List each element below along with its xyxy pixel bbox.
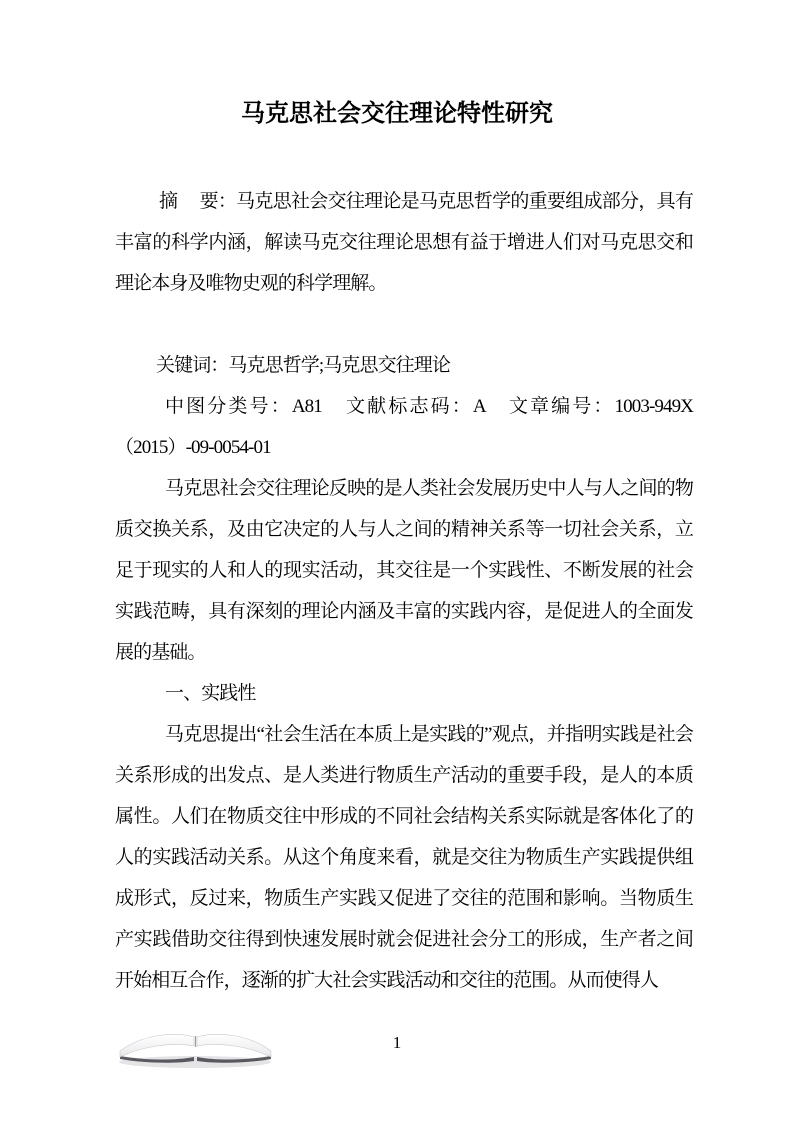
- keywords-line: 关键词：马克思哲学;马克思交往理论: [115, 345, 693, 386]
- abstract-paragraph: 摘 要：马克思社会交往理论是马克思哲学的重要组成部分，具有丰富的科学内涵，解读马…: [115, 181, 693, 304]
- section-heading: 一、实践性: [115, 673, 693, 714]
- classification-line: 中图分类号：A81 文献标志码：A 文章编号：1003-949X（2015）-0…: [115, 386, 693, 468]
- document-body: 摘 要：马克思社会交往理论是马克思哲学的重要组成部分，具有丰富的科学内涵，解读马…: [115, 181, 693, 1001]
- body-paragraph-1: 马克思社会交往理论反映的是人类社会发展历史中人与人之间的物质交换关系，及由它决定…: [115, 468, 693, 673]
- document-title: 马克思社会交往理论特性研究: [0, 94, 794, 135]
- body-paragraph-2: 马克思提出“社会生活在本质上是实践的”观点，并指明实践是社会关系形成的出发点、是…: [115, 714, 693, 1001]
- page-number: 1: [0, 1033, 794, 1053]
- document-page: 马克思社会交往理论特性研究 摘 要：马克思社会交往理论是马克思哲学的重要组成部分…: [0, 0, 794, 1123]
